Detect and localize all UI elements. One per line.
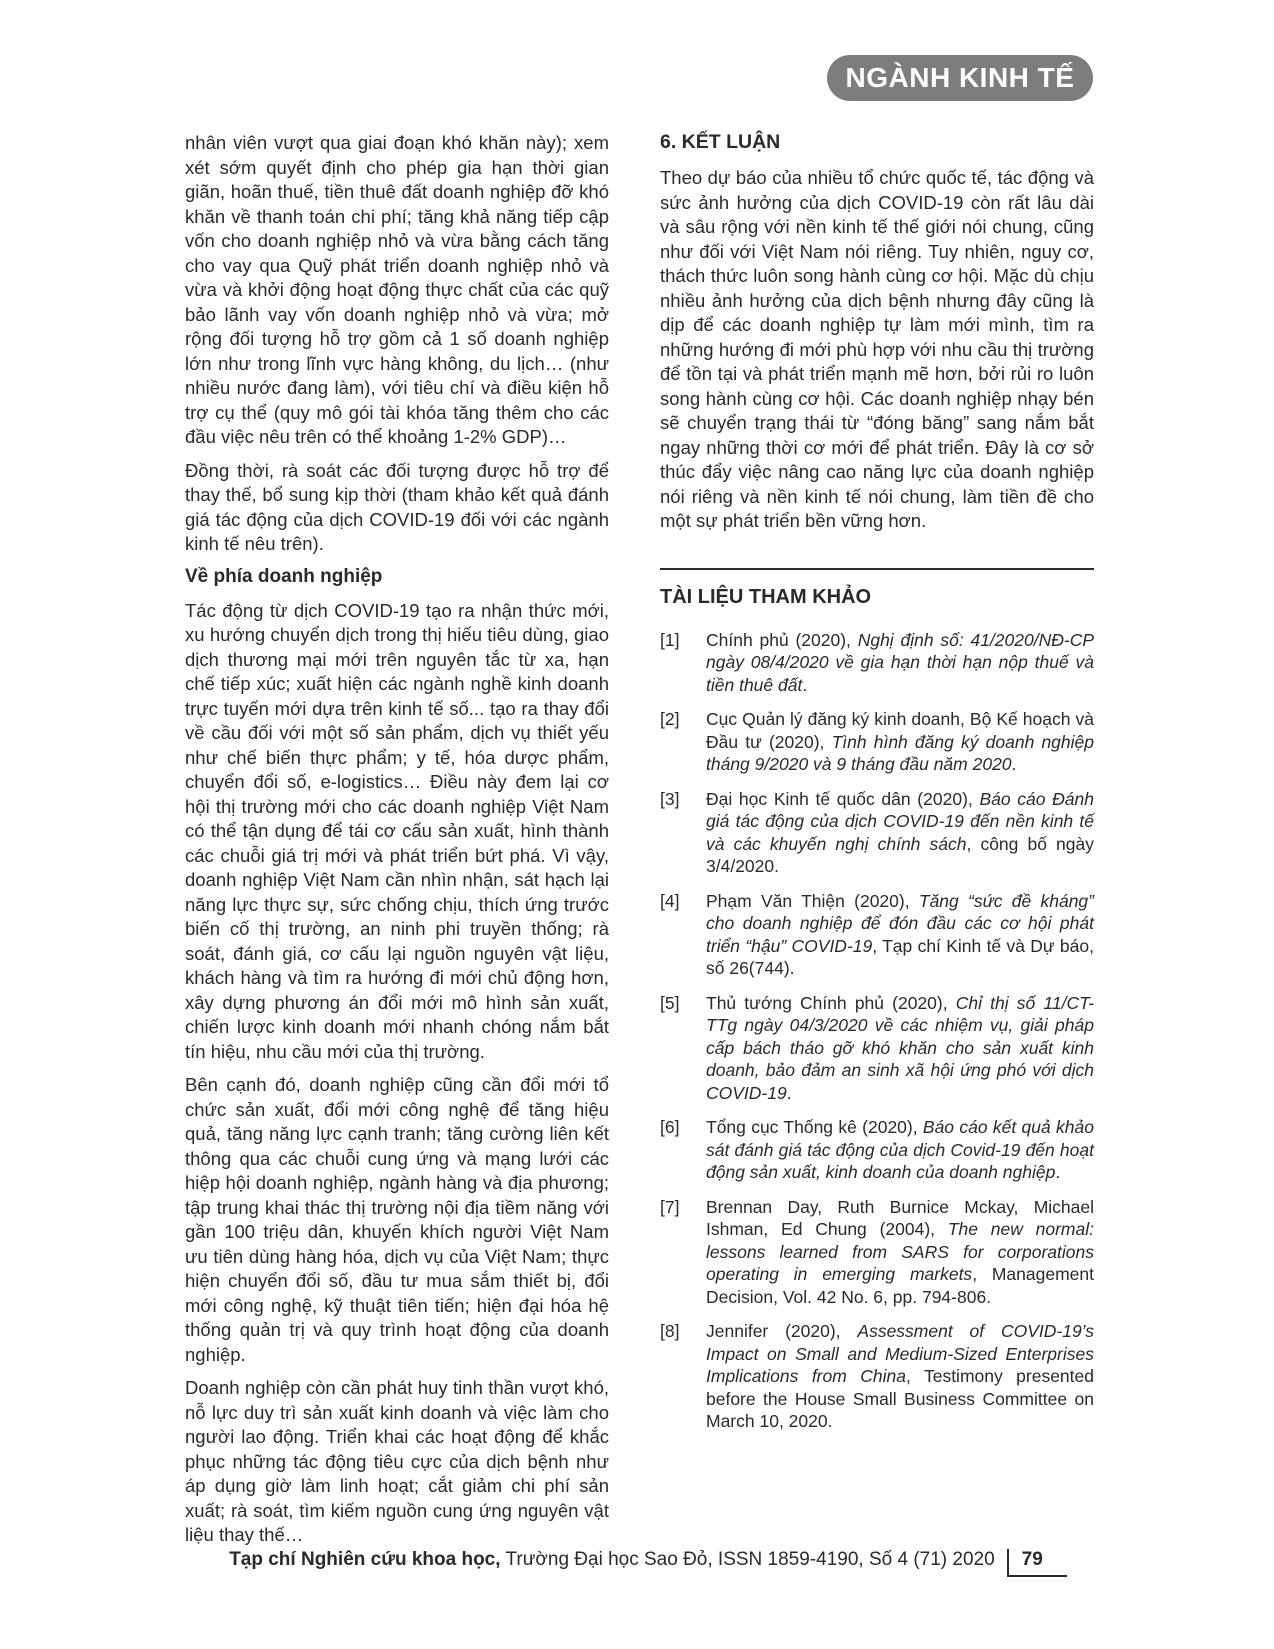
page-number: 79	[1007, 1549, 1067, 1577]
paragraph: nhân viên vượt qua giai đoạn khó khăn nà…	[185, 131, 609, 450]
reference-text: Brennan Day, Ruth Burnice Mckay, Michael…	[706, 1196, 1094, 1309]
reference-text: Phạm Văn Thiện (2020), Tăng “sức đề khán…	[706, 890, 1094, 980]
reference-text: Tổng cục Thống kê (2020), Báo cáo kết qu…	[706, 1116, 1094, 1184]
reference-number: [8]	[660, 1320, 706, 1433]
reference-text: Thủ tướng Chính phủ (2020), Chỉ thị số 1…	[706, 992, 1094, 1105]
reference-item: [4]Phạm Văn Thiện (2020), Tăng “sức đề k…	[660, 890, 1094, 980]
left-paragraphs-bottom: Tác động từ dịch COVID-19 tạo ra nhận th…	[185, 599, 609, 1548]
subheading-enterprise-side: Về phía doanh nghiệp	[185, 566, 609, 588]
paragraph: Đồng thời, rà soát các đối tượng được hỗ…	[185, 459, 609, 557]
paragraph: Theo dự báo của nhiều tổ chức quốc tế, t…	[660, 166, 1094, 534]
reference-number: [2]	[660, 708, 706, 776]
reference-number: [1]	[660, 629, 706, 697]
reference-text: Chính phủ (2020), Nghị định số: 41/2020/…	[706, 629, 1094, 697]
page-footer: Tạp chí Nghiên cứu khoa học, Trường Đại …	[22, 1549, 1274, 1577]
left-column: nhân viên vượt qua giai đoạn khó khăn nà…	[185, 131, 609, 1557]
reference-item: [6]Tổng cục Thống kê (2020), Báo cáo kết…	[660, 1116, 1094, 1184]
left-paragraphs-top: nhân viên vượt qua giai đoạn khó khăn nà…	[185, 131, 609, 557]
paragraph: Tác động từ dịch COVID-19 tạo ra nhận th…	[185, 599, 609, 1065]
reference-number: [5]	[660, 992, 706, 1105]
reference-item: [2]Cục Quản lý đăng ký kinh doanh, Bộ Kế…	[660, 708, 1094, 776]
reference-number: [4]	[660, 890, 706, 980]
references-heading: TÀI LIỆU THAM KHẢO	[660, 586, 1094, 609]
reference-item: [3]Đại học Kinh tế quốc dân (2020), Báo …	[660, 788, 1094, 878]
reference-number: [7]	[660, 1196, 706, 1309]
reference-item: [1]Chính phủ (2020), Nghị định số: 41/20…	[660, 629, 1094, 697]
paragraph: Bên cạnh đó, doanh nghiệp cũng cần đổi m…	[185, 1073, 609, 1367]
section-badge: NGÀNH KINH TẾ	[827, 55, 1093, 101]
journal-info: Trường Đại học Sao Đỏ, ISSN 1859-4190, S…	[501, 1549, 995, 1571]
reference-text: Đại học Kinh tế quốc dân (2020), Báo cáo…	[706, 788, 1094, 878]
paragraph: Doanh nghiệp còn cần phát huy tinh thần …	[185, 1376, 609, 1548]
reference-number: [6]	[660, 1116, 706, 1184]
conclusion-heading: 6. KẾT LUẬN	[660, 131, 1094, 154]
journal-page: NGÀNH KINH TẾ nhân viên vượt qua giai đo…	[0, 0, 1274, 1649]
references-list: [1]Chính phủ (2020), Nghị định số: 41/20…	[660, 629, 1094, 1433]
journal-title: Tạp chí Nghiên cứu khoa học,	[229, 1549, 500, 1571]
reference-item: [5]Thủ tướng Chính phủ (2020), Chỉ thị s…	[660, 992, 1094, 1105]
reference-text: Cục Quản lý đăng ký kinh doanh, Bộ Kế ho…	[706, 708, 1094, 776]
references-section: TÀI LIỆU THAM KHẢO [1]Chính phủ (2020), …	[660, 568, 1094, 1433]
right-column: 6. KẾT LUẬN Theo dự báo của nhiều tổ chứ…	[660, 131, 1094, 1445]
reference-item: [8]Jennifer (2020), Assessment of COVID-…	[660, 1320, 1094, 1433]
reference-item: [7]Brennan Day, Ruth Burnice Mckay, Mich…	[660, 1196, 1094, 1309]
reference-number: [3]	[660, 788, 706, 878]
conclusion-paragraphs: Theo dự báo của nhiều tổ chức quốc tế, t…	[660, 166, 1094, 534]
reference-text: Jennifer (2020), Assessment of COVID-19’…	[706, 1320, 1094, 1433]
